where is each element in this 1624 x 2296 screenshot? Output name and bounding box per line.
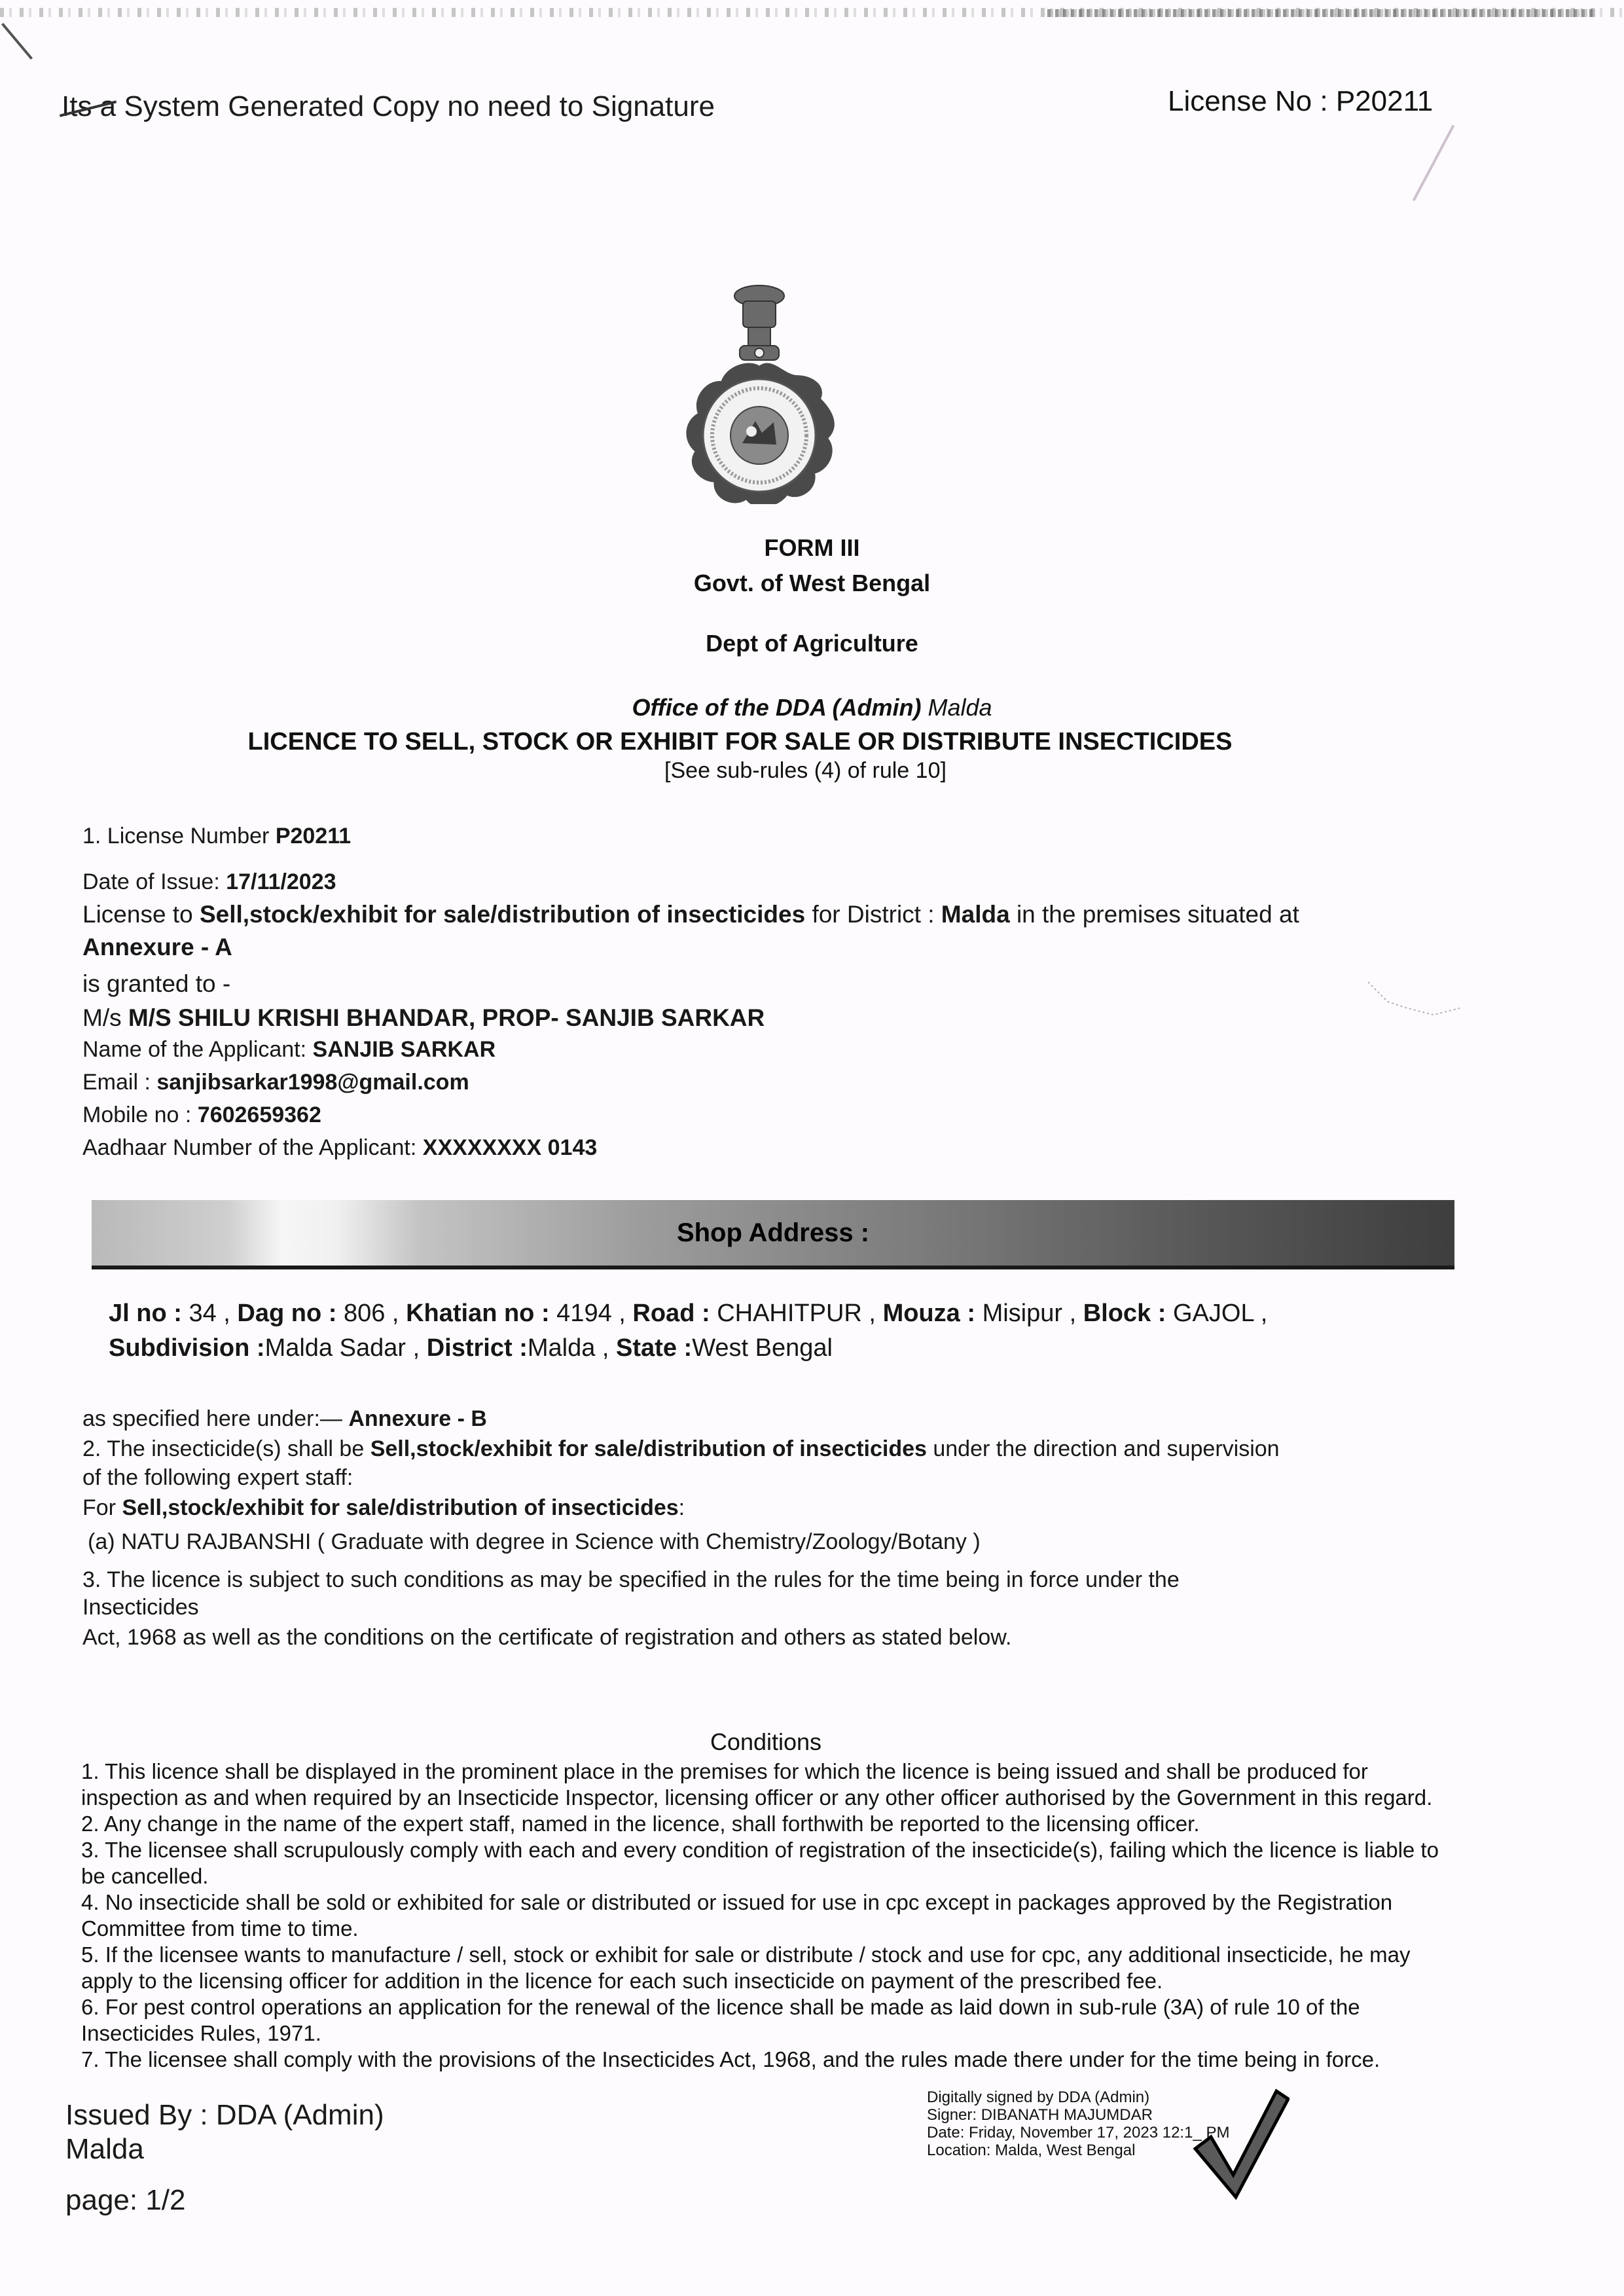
system-note-text: System Generated Copy no need to Signatu… xyxy=(124,90,715,122)
clause-2-activity: Sell,stock/exhibit for sale/distribution… xyxy=(370,1436,927,1461)
struck-text: Its a xyxy=(62,90,116,122)
issued-by: Issued By : DDA (Admin) xyxy=(65,2099,384,2132)
condition-item: 2. Any change in the name of the expert … xyxy=(81,1811,1462,1837)
condition-item: 5. If the licensee wants to manufacture … xyxy=(81,1942,1462,1994)
license-to-line: License to Sell,stock/exhibit for sale/d… xyxy=(82,901,1299,928)
mobile-line: Mobile no : 7602659362 xyxy=(82,1102,321,1128)
address-line-1: Jl no : 34 , Dag no : 806 , Khatian no :… xyxy=(109,1300,1267,1328)
subdivision-value: Malda Sadar xyxy=(265,1334,406,1362)
address-district-label: District : xyxy=(427,1334,528,1362)
for-activity-line: For Sell,stock/exhibit for sale/distribu… xyxy=(82,1495,685,1521)
firm-name: M/S SHILU KRISHI BHANDAR, PROP- SANJIB S… xyxy=(128,1004,765,1031)
khatian-no-label: Khatian no : xyxy=(406,1300,550,1327)
license-no-label: License No : xyxy=(1168,85,1328,117)
dag-no-value: 806 xyxy=(344,1300,385,1327)
license-no-value: P20211 xyxy=(1336,85,1433,117)
dept-title: Dept of Agriculture xyxy=(0,630,1624,657)
clause-3-line-3: Act, 1968 as well as the conditions on t… xyxy=(82,1625,1011,1650)
dag-no-label: Dag no : xyxy=(237,1300,336,1327)
pen-tick-mark xyxy=(1413,125,1455,202)
signer: Signer: DIBANATH MAJUMDAR xyxy=(927,2106,1229,2124)
aadhaar-value: XXXXXXXX 0143 xyxy=(423,1135,598,1160)
annexure-a: Annexure - A xyxy=(82,934,232,961)
clause-2-line-1: 2. The insecticide(s) shall be Sell,stoc… xyxy=(82,1436,1280,1462)
email-line: Email : sanjibsarkar1998@gmail.com xyxy=(82,1070,469,1095)
license-to-prefix: License to xyxy=(82,901,193,928)
condition-item: 4. No insecticide shall be sold or exhib… xyxy=(81,1889,1462,1942)
license-number-line: 1. License Number P20211 xyxy=(82,824,351,849)
condition-item: 7. The licensee shall comply with the pr… xyxy=(81,2047,1462,2073)
state-value: West Bengal xyxy=(692,1334,833,1362)
govt-title: Govt. of West Bengal xyxy=(0,570,1624,597)
specified-line: as specified here under:— Annexure - B xyxy=(82,1406,487,1432)
signed-by: Digitally signed by DDA (Admin) xyxy=(927,2088,1229,2106)
jl-no-value: 34 xyxy=(189,1300,216,1327)
specified-prefix: as specified here under:— xyxy=(82,1406,342,1431)
office-name: Office of the DDA (Admin) xyxy=(632,694,921,721)
license-no-header: License No : P20211 xyxy=(1168,85,1433,118)
sub-rules-note: [See sub-rules (4) of rule 10] xyxy=(0,758,1617,784)
conditions-title: Conditions xyxy=(0,1728,1532,1756)
aadhaar-label: Aadhaar Number of the Applicant: xyxy=(82,1135,416,1160)
west-bengal-emblem-icon xyxy=(658,282,861,504)
licence-page: Its a System Generated Copy no need to S… xyxy=(0,0,1624,2296)
form-title: FORM III xyxy=(0,534,1624,562)
system-generated-note: Its a System Generated Copy no need to S… xyxy=(62,90,715,123)
applicant-label: Name of the Applicant: xyxy=(82,1037,306,1062)
annexure-b: Annexure - B xyxy=(348,1406,487,1431)
for-prefix: For xyxy=(82,1495,116,1520)
state-label: State : xyxy=(616,1334,692,1362)
address-district-value: Malda xyxy=(528,1334,596,1362)
condition-item: 3. The licensee shall scrupulously compl… xyxy=(81,1837,1462,1889)
ink-smudge xyxy=(1362,975,1466,1034)
ms-prefix: M/s xyxy=(82,1004,122,1031)
license-number-value: P20211 xyxy=(276,824,351,848)
sign-location: Location: Malda, West Bengal xyxy=(927,2141,1229,2159)
license-number-label: 1. License Number xyxy=(82,824,269,848)
road-value: CHAHITPUR xyxy=(717,1300,862,1327)
block-label: Block : xyxy=(1083,1300,1166,1327)
district-value: Malda xyxy=(941,901,1010,928)
block-value: GAJOL xyxy=(1173,1300,1254,1327)
shop-address-heading: Shop Address : xyxy=(92,1218,1454,1248)
conditions-list: 1. This licence shall be displayed in th… xyxy=(81,1758,1462,2073)
clause-2-prefix: 2. The insecticide(s) shall be xyxy=(82,1436,364,1461)
for-suffix: : xyxy=(679,1495,685,1520)
office-place: Malda xyxy=(928,694,992,721)
clause-3-line-2: Insecticides xyxy=(82,1595,199,1620)
shop-address-band: Shop Address : xyxy=(92,1200,1454,1269)
applicant-name: SANJIB SARKAR xyxy=(313,1037,496,1062)
premises-text: in the premises situated at xyxy=(1017,901,1299,928)
mouza-value: Misipur xyxy=(983,1300,1062,1327)
office-title: Office of the DDA (Admin) Malda xyxy=(0,694,1624,721)
page-number: page: 1/2 xyxy=(65,2184,186,2217)
email-label: Email : xyxy=(82,1070,151,1095)
subdivision-label: Subdivision : xyxy=(109,1334,265,1362)
khatian-no-value: 4194 xyxy=(556,1300,612,1327)
date-label: Date of Issue: xyxy=(82,869,220,894)
road-label: Road : xyxy=(632,1300,710,1327)
sign-date: Date: Friday, November 17, 2023 12:1_ PM xyxy=(927,2124,1229,2141)
address-line-2: Subdivision :Malda Sadar , District :Mal… xyxy=(109,1334,833,1362)
mobile-label: Mobile no : xyxy=(82,1102,191,1127)
mobile-value: 7602659362 xyxy=(198,1102,321,1127)
granted-to: is granted to - xyxy=(82,970,230,998)
jl-no-label: Jl no : xyxy=(109,1300,182,1327)
check-mark-icon xyxy=(1191,2088,1290,2200)
district-label: for District : xyxy=(812,901,934,928)
firm-line: M/s M/S SHILU KRISHI BHANDAR, PROP- SANJ… xyxy=(82,1004,765,1032)
issued-place: Malda xyxy=(65,2133,144,2166)
licence-title: LICENCE TO SELL, STOCK OR EXHIBIT FOR SA… xyxy=(0,728,1552,756)
expert-staff: (a) NATU RAJBANSHI ( Graduate with degre… xyxy=(88,1529,981,1555)
clause-3-line-1: 3. The licence is subject to such condit… xyxy=(82,1567,1180,1593)
digital-signature: Digitally signed by DDA (Admin) Signer: … xyxy=(927,2088,1229,2159)
scan-artifact-top-right xyxy=(1047,9,1597,17)
pen-mark xyxy=(1,23,33,60)
clause-2-suffix: under the direction and supervision xyxy=(933,1436,1279,1461)
clause-2-line-2: of the following expert staff: xyxy=(82,1465,353,1491)
aadhaar-line: Aadhaar Number of the Applicant: XXXXXXX… xyxy=(82,1135,597,1161)
date-value: 17/11/2023 xyxy=(226,869,336,894)
date-of-issue-line: Date of Issue: 17/11/2023 xyxy=(82,869,336,895)
email-value: sanjibsarkar1998@gmail.com xyxy=(156,1070,469,1095)
for-activity: Sell,stock/exhibit for sale/distribution… xyxy=(122,1495,678,1520)
mouza-label: Mouza : xyxy=(883,1300,975,1327)
condition-item: 1. This licence shall be displayed in th… xyxy=(81,1758,1462,1811)
licensed-activity: Sell,stock/exhibit for sale/distribution… xyxy=(200,901,805,928)
applicant-line: Name of the Applicant: SANJIB SARKAR xyxy=(82,1037,496,1063)
condition-item: 6. For pest control operations an applic… xyxy=(81,1994,1462,2047)
